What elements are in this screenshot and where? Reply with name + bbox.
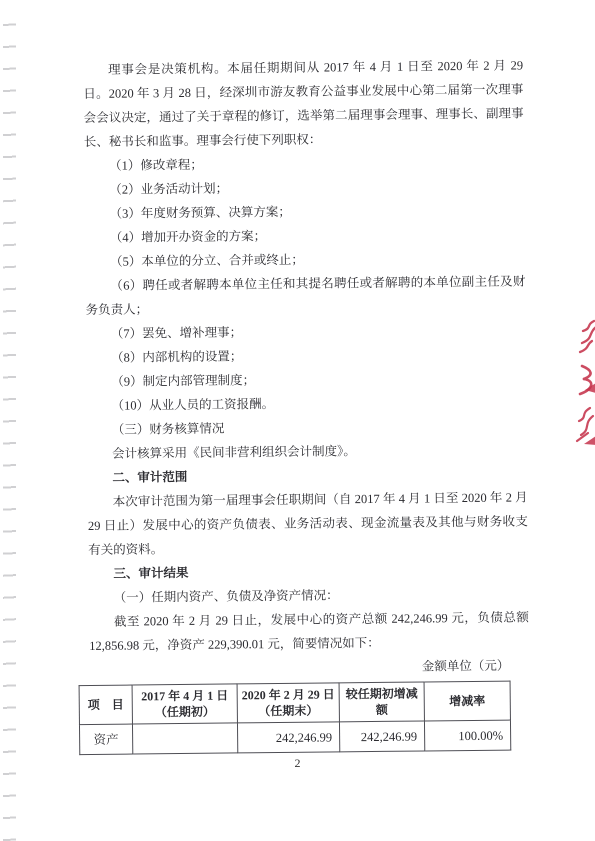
table-header-cell: 项 目 [79, 685, 132, 725]
red-seal-fragments [569, 318, 595, 446]
table-body: 资产242,246.99242,246.99100.00% [79, 720, 510, 755]
table-header-row: 项 目2017 年 4 月 1 日 （任期初）2020 年 2 月 29 日 （… [79, 681, 510, 725]
page-number: 2 [0, 756, 595, 771]
document-content: 理事会是决策机构。本届任期期间从 2017 年 4 月 1 日至 2020 年 … [83, 53, 530, 755]
document-page: 理事会是决策机构。本届任期期间从 2017 年 4 月 1 日至 2020 年 … [0, 0, 595, 841]
table-header-cell: 较任期初增减额 [339, 682, 424, 722]
assets-summary-table: 项 目2017 年 4 月 1 日 （任期初）2020 年 2 月 29 日 （… [79, 681, 512, 756]
table-cell: 100.00% [424, 720, 510, 751]
seal-fragment-icon [573, 406, 595, 446]
table-header-cell: 2017 年 4 月 1 日 （任期初） [132, 684, 237, 724]
amount-unit-label: 金额单位（元） [89, 654, 509, 682]
seal-fragment-icon [575, 363, 595, 397]
table-cell: 资产 [79, 724, 132, 755]
paragraph: 截至 2020 年 2 月 29 日止，发展中心的资产总额 242,246.99… [89, 605, 529, 658]
table-cell [132, 723, 237, 754]
table-header-cell: 增减率 [424, 681, 510, 721]
table-cell: 242,246.99 [237, 722, 339, 753]
table-cell: 242,246.99 [339, 721, 424, 752]
paragraph: （6）聘任或者解聘本单位主任和其提名聘任或者解聘的本单位副主任及财务负责人； [85, 269, 525, 322]
paragraph: 本次审计范围为第一届理事会任职期间（自 2017 年 4 月 1 日至 2020… [88, 485, 529, 562]
table-header-cell: 2020 年 2 月 29 日 （任期末） [237, 683, 339, 723]
document-paragraphs: 理事会是决策机构。本届任期期间从 2017 年 4 月 1 日至 2020 年 … [83, 53, 529, 658]
table-row: 资产242,246.99242,246.99100.00% [79, 720, 510, 755]
paragraph: 理事会是决策机构。本届任期期间从 2017 年 4 月 1 日至 2020 年 … [83, 53, 524, 154]
seal-fragment-icon [575, 318, 595, 354]
binding-holes-icon [3, 4, 16, 841]
